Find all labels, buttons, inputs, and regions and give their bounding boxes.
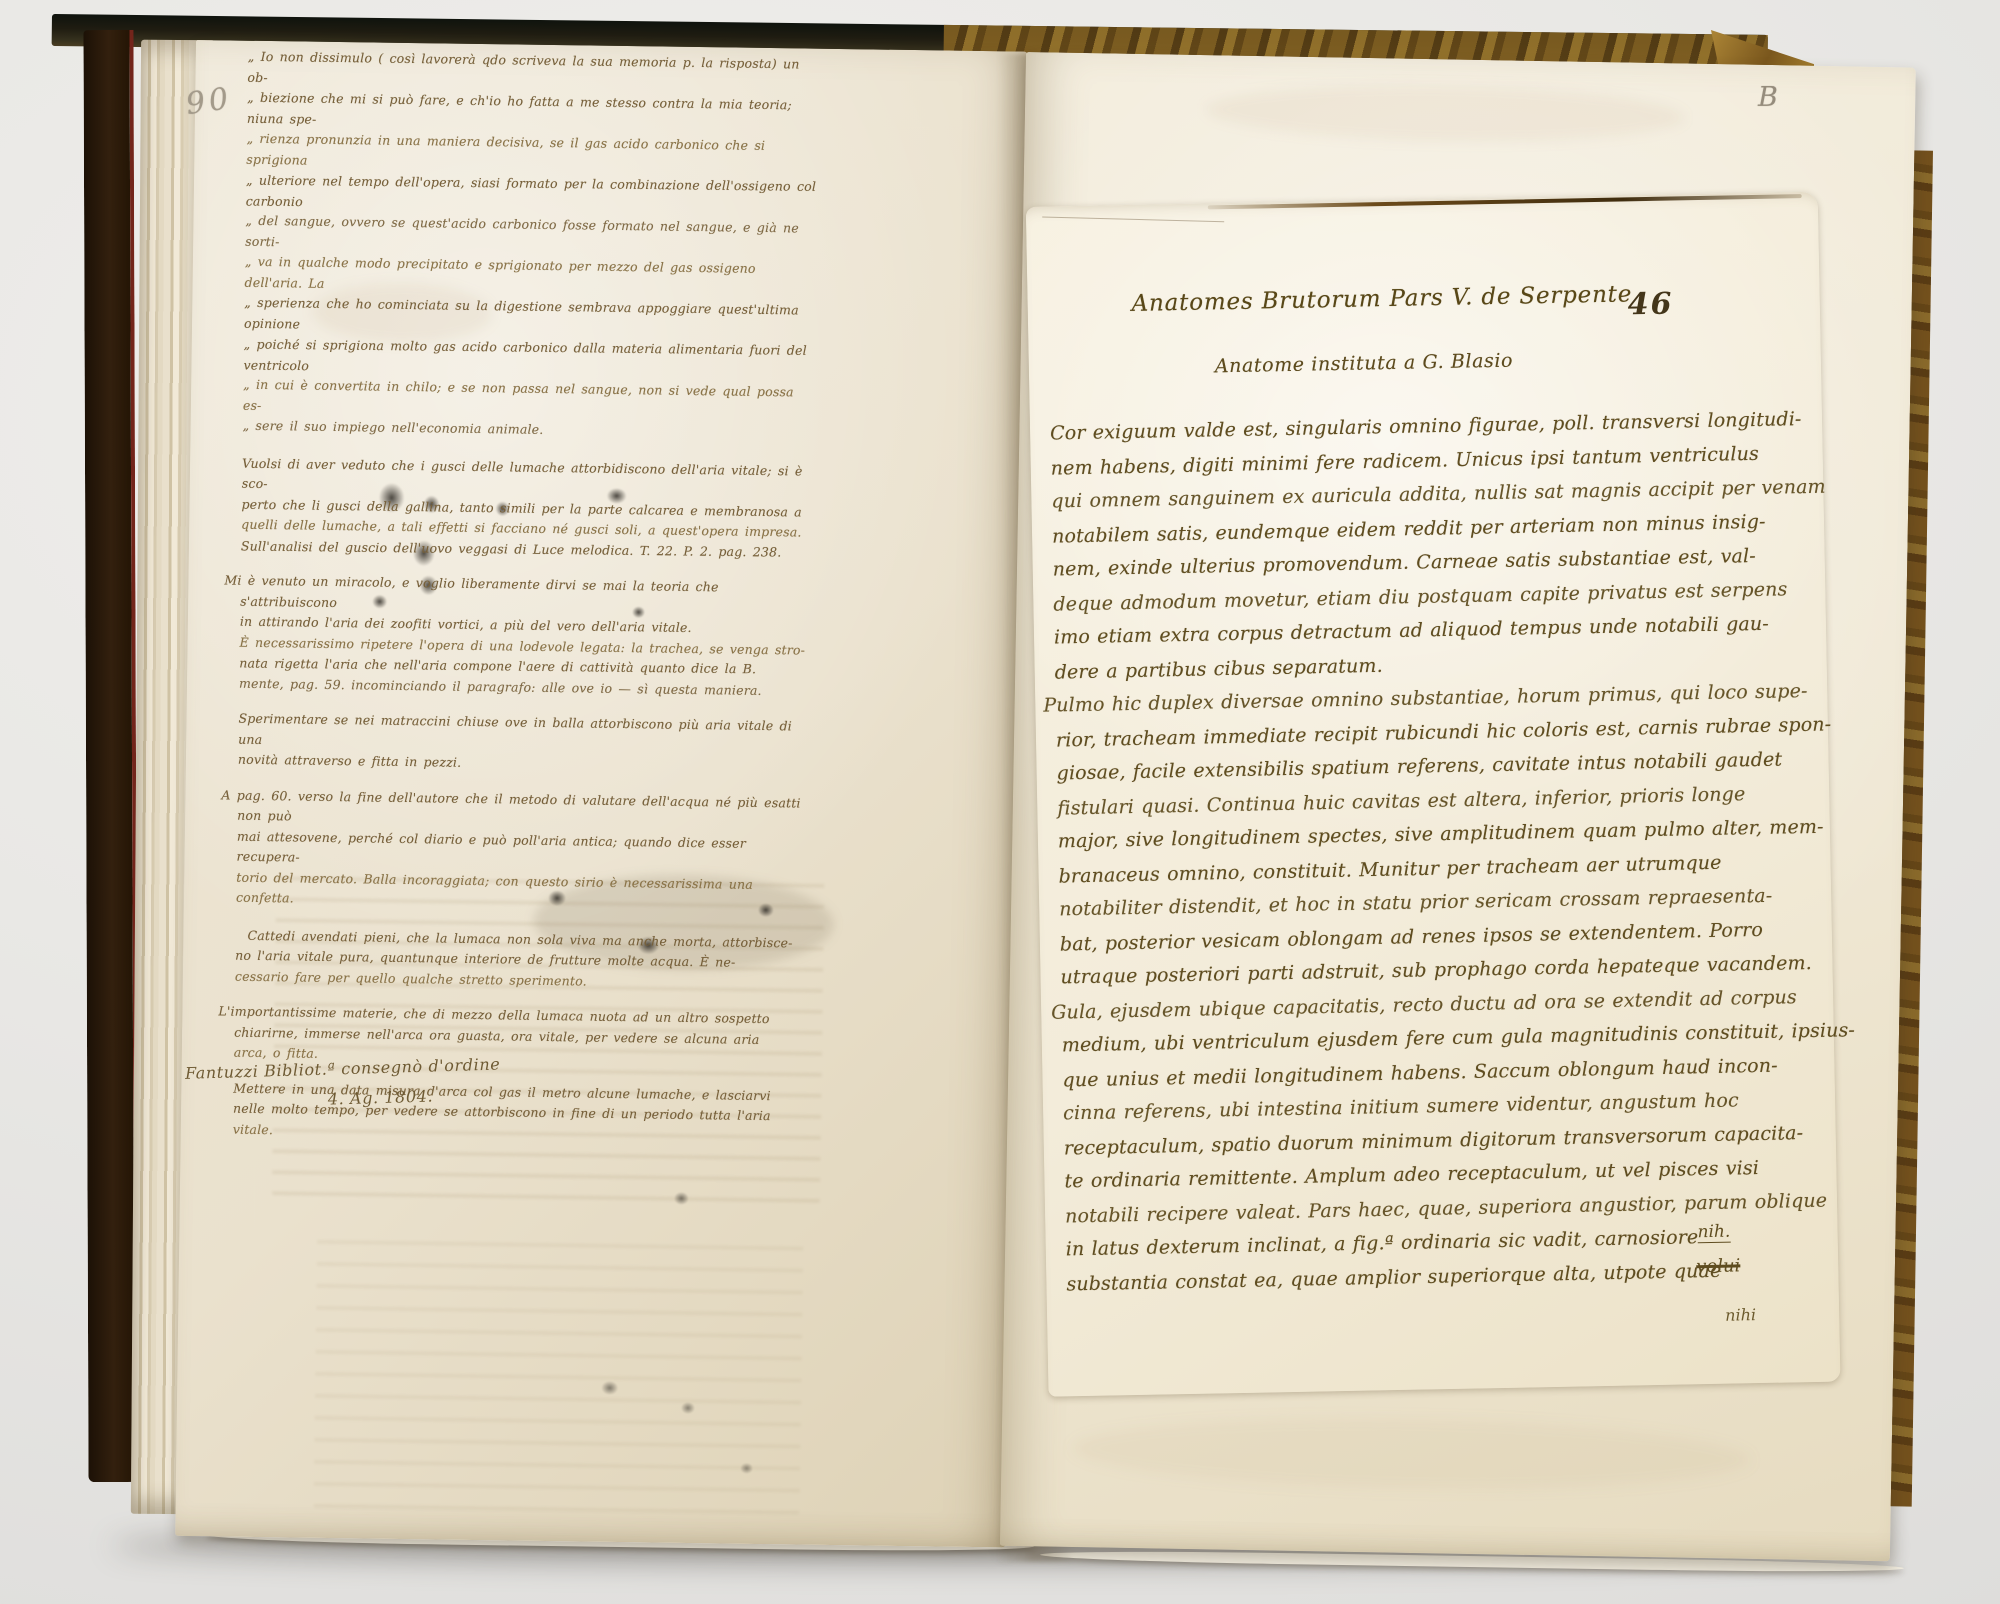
left-page: „ Io non dissimulo ( così lavorerà qdo s… (175, 40, 1028, 1547)
paper-stain (1205, 81, 1686, 145)
manuscript-line: „ rienza pronunzia in una maniera decisi… (246, 129, 819, 178)
section-title: Anatomes Brutorum Pars V. de Serpente (1131, 280, 1691, 317)
photo-stage: „ Io non dissimulo ( così lavorerà qdo s… (0, 0, 2000, 1604)
manuscript-line: „ sperienza che ho cominciata su la dige… (244, 293, 817, 342)
show-through-text (313, 1226, 803, 1519)
ink-blot (601, 1381, 618, 1395)
latin-text-body: Cor exiguum valde est, singularis omnino… (1050, 402, 1823, 1300)
quoted-paragraph: „ Io non dissimulo ( così lavorerà qdo s… (242, 47, 819, 444)
manuscript-line: torio del mercato. Balla incoraggiata; c… (236, 867, 809, 916)
inserted-manuscript-sheet: Anatomes Brutorum Pars V. de Serpente 46… (1026, 192, 1841, 1397)
librarian-note: Fantuzzi Bibliot.ª consegnò d'ordine 4. … (185, 1049, 502, 1118)
paragraph: Vuolsi di aver veduto che i gusci delle … (241, 453, 814, 563)
right-page: Anatomes Brutorum Pars V. de Serpente 46… (1000, 52, 1916, 1561)
catchword: nihi (1725, 1305, 1756, 1325)
italian-notes: „ Io non dissimulo ( così lavorerà qdo s… (232, 47, 819, 1163)
book-cover-left-edge (83, 30, 138, 1482)
sheet-top-edge (1042, 216, 1224, 230)
ink-blot (740, 1463, 753, 1474)
section-subtitle: Anatome instituta a G. Blasio (1215, 350, 1514, 378)
pencil-corner-letter: B (1758, 82, 1778, 113)
paragraph: Mi è venuto un miracolo, e voglio libera… (239, 571, 813, 702)
paper-stain (1071, 1413, 1752, 1495)
interline-insertion: nih. (1697, 1222, 1730, 1244)
folio-number-ink: 46 (1627, 287, 1673, 323)
paragraph: Sperimentare se nei matraccini chiuse ov… (238, 709, 811, 778)
paragraph: A pag. 60. verso la fine dell'autore che… (236, 785, 810, 916)
pencil-folio-number: 90 (184, 81, 235, 122)
manuscript-line: „ poiché si sprigiona molto gas acido ca… (243, 334, 815, 381)
manuscript-line: „ ulteriore nel tempo dell'opera, siasi … (246, 170, 818, 217)
struck-word: volui (1696, 1255, 1741, 1277)
note-date: 4. Ag. 1804. (327, 1079, 501, 1114)
manuscript-line: „ del sangue, ovvero se quest'acido carb… (245, 211, 818, 260)
ink-blot (674, 1192, 689, 1205)
ink-blot (681, 1402, 695, 1414)
fold-crease-line (1208, 194, 1802, 209)
paragraph: Cattedi avendati pieni, che la lumaca no… (235, 925, 808, 994)
